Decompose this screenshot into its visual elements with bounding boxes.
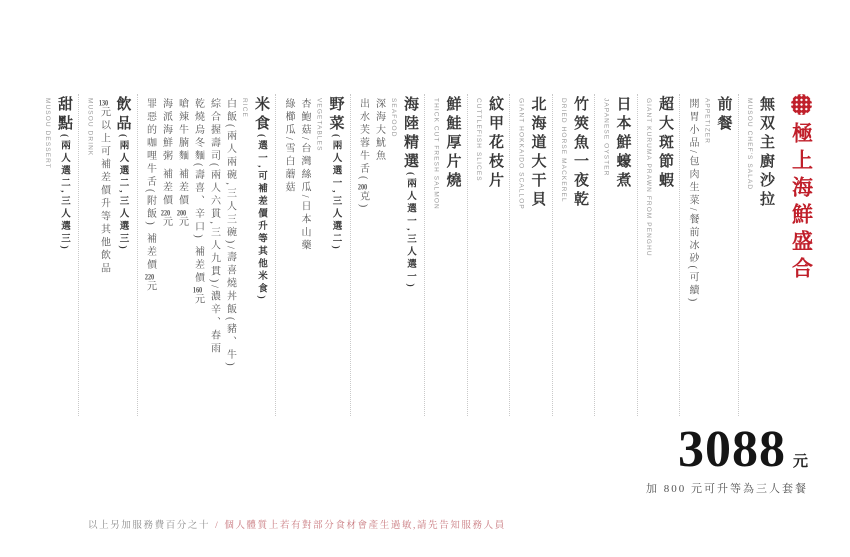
dish-name: 米食(選一,可補差價升等其他米食) — [250, 96, 271, 416]
set-price: 3088元 — [646, 424, 808, 476]
service-charge-note: 以上另加服務費百分之十 — [88, 521, 210, 531]
footer-separator: / — [215, 521, 219, 531]
menu-section-fresh-salmon: 鮮鮭厚片燒 THICK CUT FRESH SALMON — [425, 94, 468, 416]
dish-name: 甜點(兩人選二,三人選三) — [53, 96, 74, 416]
dish-name: 野菜(兩人選一,三人選二) — [325, 96, 346, 416]
footer-notes: 以上另加服務費百分之十/個人體質上若有對部分食材會產生過敏,請先告知服務人員 — [88, 517, 506, 531]
dish-name-en: MUSOU CHEF'S SALAD — [746, 98, 753, 416]
dish-detail: 杏鮑菇/台灣絲瓜/日本山藥 — [296, 98, 312, 416]
allergy-note: 個人體質上若有對部分食材會產生過敏,請先告知服務人員 — [224, 521, 505, 531]
dish-name-en: RICE — [241, 98, 248, 416]
dish-name: 超大斑節蝦 — [654, 96, 675, 416]
dish-name: 無双主廚沙拉 — [755, 96, 776, 416]
dish-name-en: DRIED HORSE MACKEREL — [560, 98, 567, 416]
menu-section-dessert: 甜點(兩人選二,三人選三) MUSOU DESSERT — [37, 94, 80, 416]
dish-name-en: MUSOU DRINK — [86, 98, 93, 416]
menu-section-appetizer: 前餐 APPETIZER 開胃小品/包肉生菜/餐前冰砂(可續) — [680, 94, 739, 416]
dish-name: 紋甲花枝片 — [484, 96, 505, 416]
menu-section-drink: 飲品(兩人選二,三人選三) 130元以上可補差價升等其他飲品 MUSOU DRI… — [79, 94, 138, 416]
dish-detail: 130元以上可補差價升等其他飲品 — [96, 98, 112, 416]
menu-section-rice: 米食(選一,可補差價升等其他米食) RICE 白飯(兩人兩碗,三人三碗)/壽喜燒… — [138, 94, 277, 416]
menu-section-japanese-oyster: 日本鮮蠔煮 JAPANESE OYSTER — [595, 94, 638, 416]
dish-name: 飲品(兩人選二,三人選三) — [112, 96, 133, 416]
set-price-block: 3088元 加 800 元可升等為三人套餐 — [646, 424, 808, 496]
price-amount: 3088 — [678, 421, 786, 478]
brand-logo-icon — [791, 94, 812, 115]
dish-detail: 海派海鮮粥 補差價220元 — [158, 98, 174, 416]
dish-detail: 開胃小品/包肉生菜/餐前冰砂(可續) — [684, 98, 700, 416]
menu-section-kuruma-prawn: 超大斑節蝦 GIANT KURUMA PRAWN FROM PENGHU — [638, 94, 681, 416]
dish-name-en: CUTTLEFISH SLICES — [475, 98, 482, 416]
dish-name-en: VEGETABLES — [315, 98, 322, 416]
menu-section-cuttlefish-slices: 紋甲花枝片 CUTTLEFISH SLICES — [468, 94, 511, 416]
menu-section-vegetables: 野菜(兩人選一,三人選二) VEGETABLES 杏鮑菇/台灣絲瓜/日本山藥 綠… — [276, 94, 351, 416]
upgrade-note: 加 800 元可升等為三人套餐 — [646, 480, 808, 496]
dish-name: 鮮鮭厚片燒 — [442, 96, 463, 416]
menu-page: 極上海鮮盛合 無双主廚沙拉 MUSOU CHEF'S SALAD 前餐 APPE… — [0, 0, 850, 557]
dish-name-en: MUSOU DESSERT — [44, 98, 51, 416]
dish-name: 日本鮮蠔煮 — [612, 96, 633, 416]
brand-title-block: 極上海鮮盛合 — [788, 94, 814, 284]
dish-name-en: JAPANESE OYSTER — [602, 98, 609, 416]
dish-detail: 綜合握壽司(兩人六貫,三人九貫)/濃辛、春雨 — [206, 98, 222, 416]
dish-detail: 深海大魷魚 — [371, 98, 387, 416]
dish-name-en: GIANT KURUMA PRAWN FROM PENGHU — [645, 98, 652, 416]
dish-name-en: SEAFOOD — [390, 98, 397, 416]
menu-section-horse-mackerel: 竹筴魚一夜乾 DRIED HORSE MACKEREL — [553, 94, 596, 416]
dish-detail: 白飯(兩人兩碗,三人三碗)/壽喜燒丼飯(豬、牛) — [222, 98, 238, 416]
dish-name-en: APPETIZER — [703, 98, 710, 416]
menu-section-hokkaido-scallop: 北海道大干貝 GIANT HOKKAIDO SCALLOP — [510, 94, 553, 416]
dish-detail: 罪惡的咖哩牛舌(附飯) 補差價220元 — [142, 98, 158, 416]
menu-columns: 極上海鮮盛合 無双主廚沙拉 MUSOU CHEF'S SALAD 前餐 APPE… — [37, 94, 815, 416]
menu-section-musou-chef-salad: 無双主廚沙拉 MUSOU CHEF'S SALAD — [739, 94, 781, 416]
menu-title: 極上海鮮盛合 — [789, 122, 812, 284]
dish-detail: 嗆辣牛腩麵 補差價200元 — [174, 98, 190, 416]
dish-detail: 綠櫛瓜/雪白蘑菇 — [280, 98, 296, 416]
price-unit: 元 — [793, 454, 808, 470]
dish-name-en: THICK CUT FRESH SALMON — [432, 98, 439, 416]
menu-section-seafood-choice: 海陸精選(兩人選一,三人選一) SEAFOOD 深海大魷魚 出水芙蓉牛舌(200… — [351, 94, 426, 416]
dish-name: 竹筴魚一夜乾 — [569, 96, 590, 416]
dish-name: 海陸精選(兩人選一,三人選一) — [399, 96, 420, 416]
dish-name: 北海道大干貝 — [527, 96, 548, 416]
dish-name-en: GIANT HOKKAIDO SCALLOP — [517, 98, 524, 416]
dish-name: 前餐 — [713, 96, 734, 416]
dish-detail: 乾燒烏冬麵(壽喜、辛口) 補差價160元 — [190, 98, 206, 416]
dish-detail: 出水芙蓉牛舌(200克) — [355, 98, 371, 416]
